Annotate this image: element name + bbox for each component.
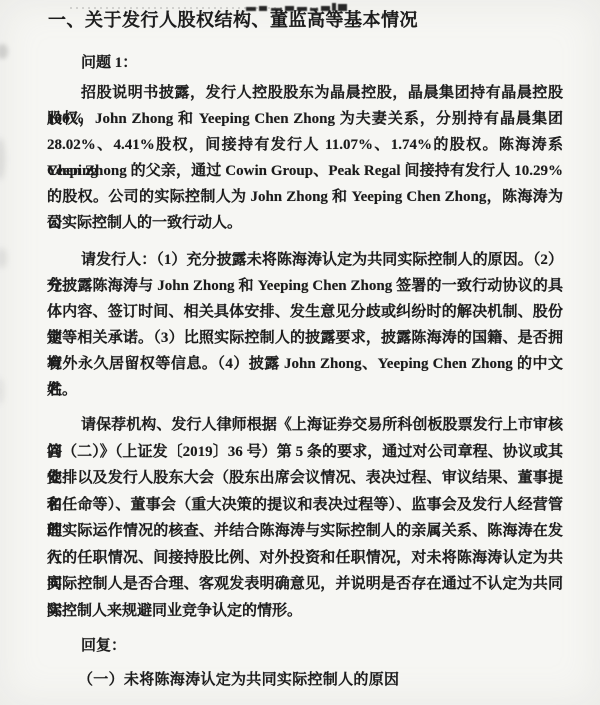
text-line: 定等相关承诺。（3）比照实际控制人的披露要求，披露陈海涛的国籍、是否拥有	[47, 325, 563, 351]
text-line: 和任命等）、董事会（重大决策的提议和表决过程等）、监事会及发行人经营管理	[47, 492, 563, 519]
paragraph-disclosure: 招股说明书披露，发行人控股股东为晶晨控股，晶晨集团持有晶晨控股 100% 股权，…	[47, 80, 563, 236]
paragraph-request-issuer: 请发行人：（1）充分披露未将陈海涛认定为共同实际控制人的原因。（2）充 分披露陈…	[47, 247, 563, 403]
text-line: 实际控制人是否合理、客观发表明确意见，并说明是否存在通过不认定为共同实	[47, 571, 563, 598]
text-line: 股权，John Zhong 和 Yeeping Chen Zhong 为夫妻关系…	[47, 106, 563, 132]
text-line: 境外永久居留权等信息。（4）披露 John Zhong、Yeeping Chen…	[47, 351, 563, 377]
scan-smudge	[0, 248, 7, 268]
text-line: 28.02%、4.41%股权，间接持有发行人 11.07%、1.74%的股权。陈…	[47, 132, 563, 158]
text-line: 名。	[47, 377, 563, 403]
text-line: 招股说明书披露，发行人控股股东为晶晨控股，晶晨集团持有晶晨控股 100%	[47, 80, 563, 106]
reply-label: 回复：	[81, 633, 126, 659]
paragraph-request-sponsor: 请保荐机构、发行人律师根据《上海证券交易所科创板股票发行上市审核问 答（二）》（…	[47, 412, 563, 624]
text-line: 安排以及发行人股东大会（股东出席会议情况、表决过程、审议结果、董事提名	[47, 465, 563, 492]
text-line: 的实际运作情况的核查、并结合陈海涛与实际控制人的亲属关系、陈海涛在发行	[47, 518, 563, 545]
text-line: 请保荐机构、发行人律师根据《上海证券交易所科创板股票发行上市审核问	[47, 412, 563, 439]
scan-smudge	[0, 378, 4, 404]
text-line: Chen Zhong 的父亲，通过 Cowin Group、Peak Regal…	[47, 158, 563, 184]
text-line: 答（二）》（上证发〔2019〕36 号）第 5 条的要求，通过对公司章程、协议或…	[47, 439, 563, 466]
question-label: 问题 1：	[81, 50, 137, 76]
text-line: 分披露陈海涛与 John Zhong 和 Yeeping Chen Zhong …	[47, 273, 563, 299]
document-page: 一、关于发行人股权结构、董监高等基本情况 问题 1： 招股说明书披露，发行人控股…	[0, 0, 600, 705]
text-line: 请发行人：（1）充分披露未将陈海涛认定为共同实际控制人的原因。（2）充	[47, 247, 563, 273]
section-title: 一、关于发行人股权结构、董监高等基本情况	[48, 7, 418, 33]
text-line: 人的任职情况、间接持股比例、对外投资和任职情况，对未将陈海涛认定为共同	[47, 545, 563, 572]
text-line: 体内容、签订时间、相关具体安排、发生意见分歧或纠纷时的解决机制、股份锁	[47, 299, 563, 325]
text-line: 际控制人来规避同业竞争认定的情形。	[47, 598, 563, 625]
text-line: 司实际控制人的一致行动人。	[47, 210, 563, 236]
scan-smudge	[0, 44, 8, 59]
reply-heading: （一）未将陈海涛认定为共同实际控制人的原因	[78, 667, 399, 693]
text-line: 的股权。公司的实际控制人为 John Zhong 和 Yeeping Chen …	[47, 184, 563, 210]
scan-smudge	[0, 138, 5, 180]
